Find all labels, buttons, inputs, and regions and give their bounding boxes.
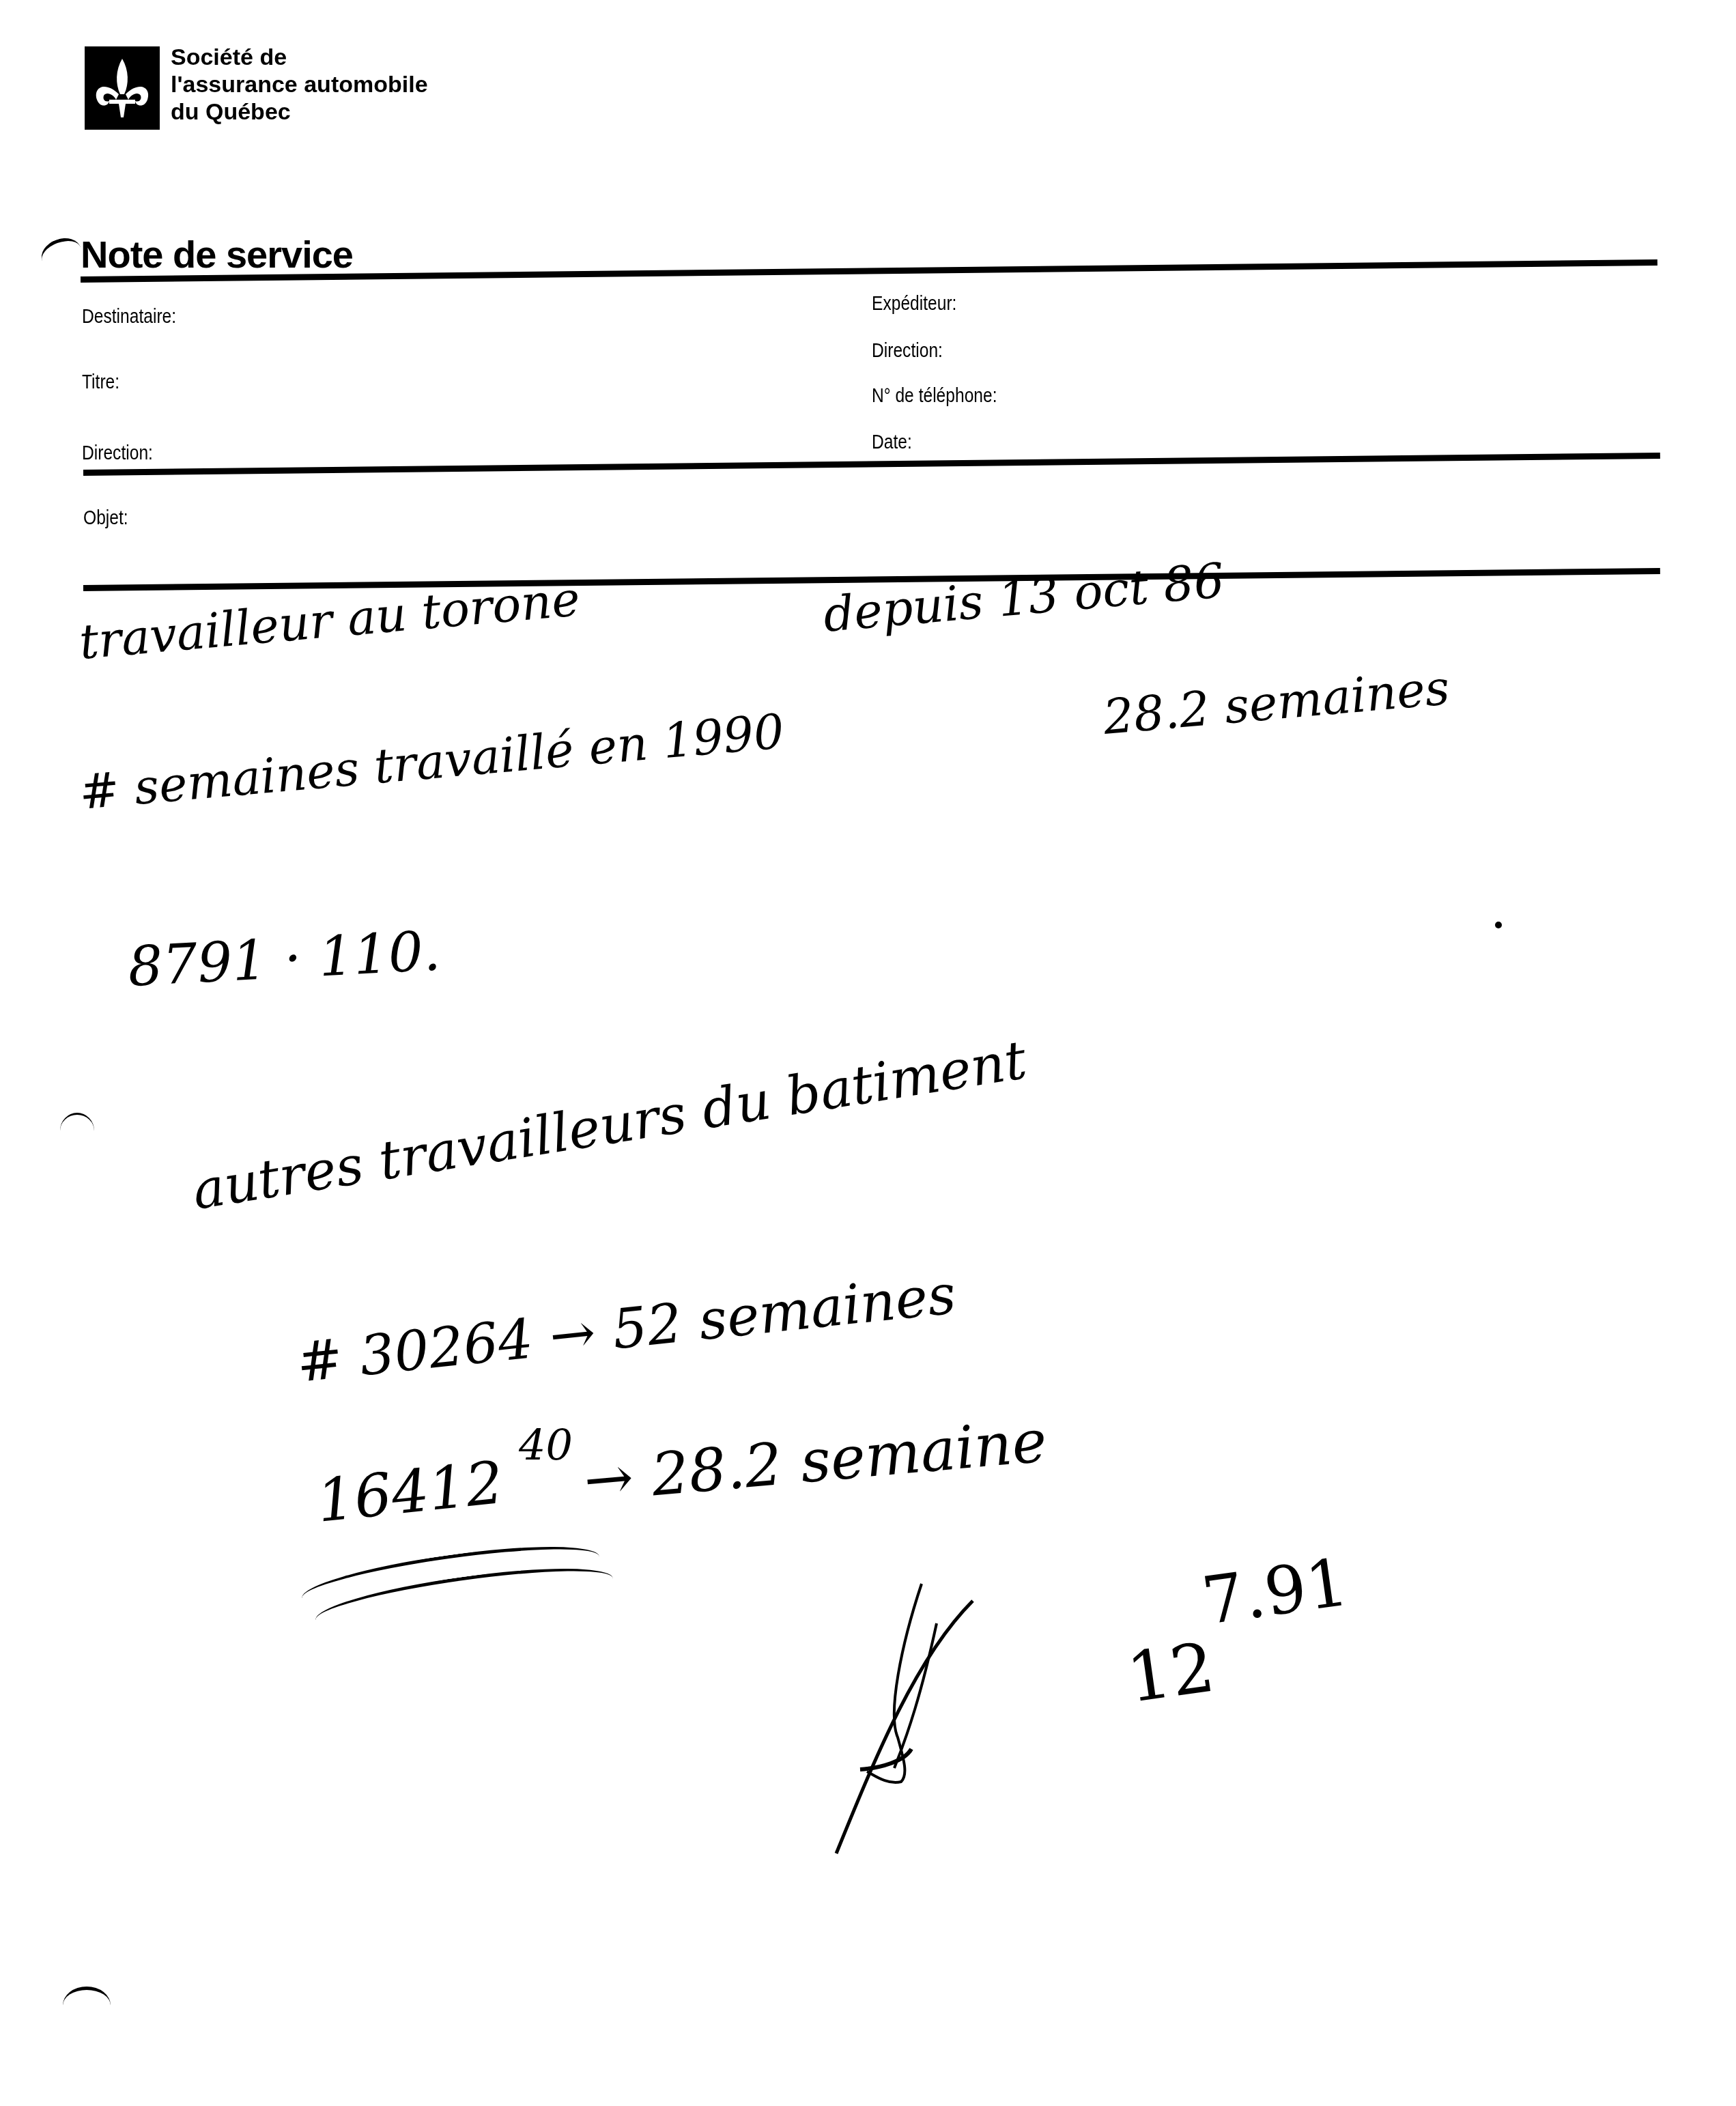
note-line-5: # 30264 → 52 semaines [294,1262,958,1395]
field-telephone: N° de téléphone: [872,384,997,408]
field-destinataire: Destinataire: [82,305,176,328]
scan-mark [63,1987,111,2024]
organization-name: Société de l'assurance automobile du Qué… [171,44,428,126]
note-line-6c: → 28.2 semaine [581,1407,1049,1516]
field-expediteur: Expéditeur: [872,292,956,315]
org-line-2: l'assurance automobile [171,71,428,98]
note-line-6a: 16412 [314,1449,507,1536]
field-date: Date: [872,431,912,454]
scan-dot [1495,922,1502,928]
signature-date-day: 12 [1122,1627,1219,1718]
note-line-6b: 40 [519,1420,573,1470]
field-titre: Titre: [82,371,119,394]
note-line-3: 8791 · 110. [126,919,442,999]
field-direction-left: Direction: [82,442,153,465]
scan-mark [60,1113,94,1149]
org-line-1: Société de [171,44,428,71]
note-line-4: autres travailleurs du batiment [188,1029,1031,1222]
scan-mark [37,233,86,276]
header-divider [83,453,1660,476]
page-title: Note de service [81,232,353,276]
org-line-3: du Québec [171,98,428,126]
fleur-de-lis-icon [85,46,160,130]
field-direction-right: Direction: [872,339,943,362]
note-line-1b: depuis 13 oct 86 [821,552,1227,643]
field-objet: Objet: [83,507,128,530]
note-line-2a: # semaines travaillé en 1990 [77,703,786,821]
note-line-2b: 28.2 semaines [1101,659,1452,745]
